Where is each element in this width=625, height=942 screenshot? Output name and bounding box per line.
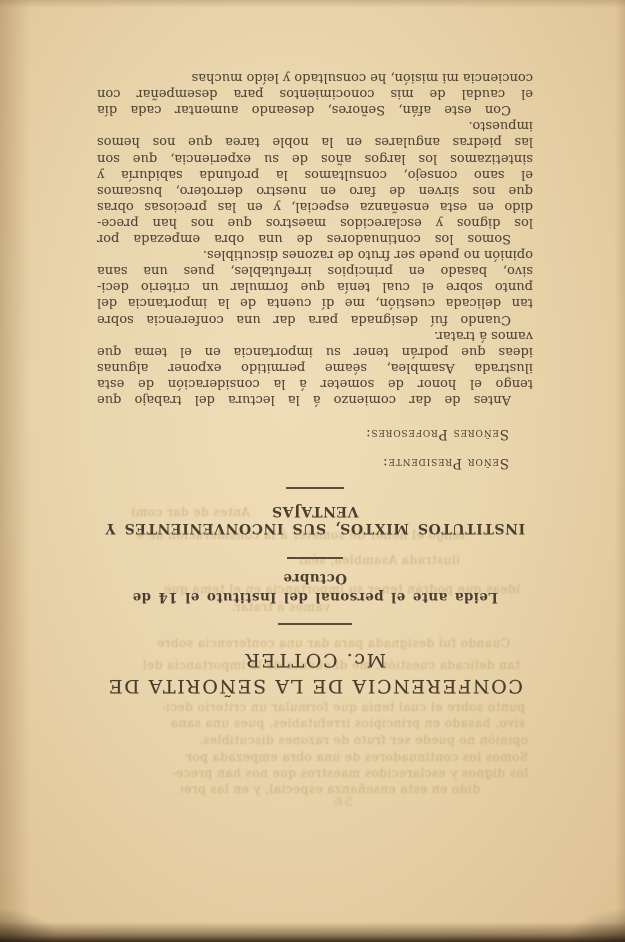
paragraph-line: el caudal de mis conocimientos para dese…: [97, 85, 533, 101]
paragraph-line: Somos los continuadores de una obra empe…: [97, 230, 533, 246]
scanned-book-page: Antes de dar comienzo á la lectura del t…: [0, 0, 625, 942]
paragraph-line: punto sobre el cual tenía que formular u…: [97, 278, 533, 294]
paragraph-line: Cuando fuí designada para dar una confer…: [97, 310, 533, 326]
paragraph-line: ilustrada Asamblea, séame permitido expo…: [97, 359, 533, 375]
document-body: Antes de dar comienzo á la lectura del t…: [97, 69, 533, 407]
paragraph-line: Antes de dar comienzo á la lectura del t…: [97, 391, 533, 407]
paragraph-line: conciencia mi misión, he consultado y le…: [97, 69, 533, 85]
paragraph-line: dido en esta enseñanza especial, y en la…: [97, 198, 533, 214]
horizontal-rule: [278, 623, 352, 625]
paragraph-line: tengo el honor de someter á la considera…: [97, 375, 533, 391]
paragraph-line: tan delicada cuestión, me dí cuenta de l…: [97, 294, 533, 310]
document-title: CONFERENCIA DE LA SEÑORITA DE Mc. COTTER: [97, 647, 533, 699]
page-content: CONFERENCIA DE LA SEÑORITA DE Mc. COTTER…: [0, 0, 625, 942]
horizontal-rule: [287, 557, 343, 559]
paragraph-line: vamos á tratar.: [97, 327, 533, 343]
paragraph-line: Con este afán, Señores, deseando aumenta…: [97, 101, 533, 117]
paragraph-line: opinión no puede ser fruto de razones di…: [97, 246, 533, 262]
paragraph-line: el sano consejo, consultamos la profunda…: [97, 166, 533, 182]
paragraph-line: los dignos y esclarecidos maestros que n…: [97, 214, 533, 230]
document-subtitle: Leida ante el personal del Instituto el …: [97, 568, 533, 606]
paragraph-line: las piedras angulares en la noble tarea …: [97, 133, 533, 149]
paragraph-line: impuesto.: [97, 117, 533, 133]
section-heading: INSTITUTOS MIXTOS, SUS INCONVENIENTES Y …: [97, 502, 533, 536]
paragraph-line: sintetizamos los largos años de su exper…: [97, 150, 533, 166]
paragraph-line: que nos sirven de faro en nuestro derrot…: [97, 182, 533, 198]
paragraph-line: ideas que podrán tener su importancia en…: [97, 343, 533, 359]
text-column: CONFERENCIA DE LA SEÑORITA DE Mc. COTTER…: [97, 69, 533, 699]
horizontal-rule: [286, 487, 344, 489]
salutation-president: Señor Presidente:: [97, 456, 533, 470]
salutation-professors: Señores Profesores:: [97, 427, 533, 441]
paragraph-line: sivo, basado en principios irrefutables,…: [97, 262, 533, 278]
